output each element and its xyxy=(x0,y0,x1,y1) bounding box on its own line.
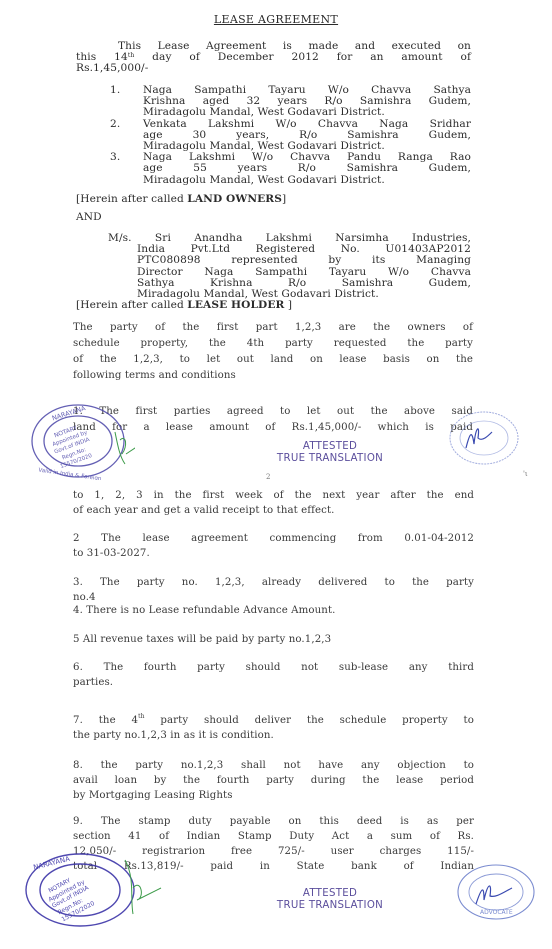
page-number: 2 xyxy=(266,473,270,481)
clause-9-line: 9. The stamp duty payable on this deed i… xyxy=(73,814,474,830)
clause-4-line: 4. There is no Lease refundable Advance … xyxy=(73,603,474,619)
clause-5-line: 5 All revenue taxes will be paid by part… xyxy=(73,632,474,648)
clause-6-line: 6. The fourth party should not sub-lease… xyxy=(73,660,474,676)
owner-line: Miradagolu Mandal, West Godavari Distric… xyxy=(143,175,471,187)
clause-2-line: 2 The lease agreement commencing from 0.… xyxy=(73,531,474,547)
land-owners-label: [Herein after called LAND OWNERS] xyxy=(76,194,286,206)
clause-1-continued-line: of each year and get a valid receipt to … xyxy=(73,503,474,519)
clause-1-continued-line: to 1, 2, 3 in the first week of the next… xyxy=(73,488,474,504)
attested-text: ATTESTED xyxy=(240,888,420,900)
preamble-line: schedule property, the 4th party request… xyxy=(73,336,473,352)
clause-7-line: 7. the 4th party should deliver the sche… xyxy=(73,713,474,729)
clause-7-line: the party no.1,2,3 in as it is condition… xyxy=(73,728,274,744)
true-translation-text: TRUE TRANSLATION xyxy=(240,453,420,465)
scan-mark: 'ι xyxy=(523,470,528,478)
document-title: LEASE AGREEMENT xyxy=(0,14,552,26)
clause-8-line: by Mortgaging Leasing Rights xyxy=(73,788,474,804)
clause-2-line: to 31-03-2027. xyxy=(73,546,474,562)
clause-9-line: section 41 of Indian Stamp Duty Act a su… xyxy=(73,829,474,845)
and-label: AND xyxy=(76,212,102,224)
svg-text:NARAYANA: NARAYANA xyxy=(51,404,87,423)
lease-holder-label: [Herein after called LEASE HOLDER ] xyxy=(76,300,292,312)
attested-text: ATTESTED xyxy=(240,441,420,453)
document-page: LEASE AGREEMENT This Lease Agreement is … xyxy=(0,0,552,949)
svg-text:NARAYANA: NARAYANA xyxy=(32,855,70,872)
notary-seal-icon: NARAYANA NOTARY Appointed by Govt.of IND… xyxy=(30,402,135,480)
intro-line-3: Rs.1,45,000/- xyxy=(76,63,148,75)
advocate-seal-icon: ADVOCATE xyxy=(456,862,536,922)
true-translation-text: TRUE TRANSLATION xyxy=(240,900,420,912)
preamble-line: The party of the first part 1,2,3 are th… xyxy=(73,320,473,336)
svg-text:Valid in India & Foreign: Valid in India & Foreign xyxy=(38,468,102,480)
svg-text:ADVOCATE: ADVOCATE xyxy=(480,909,513,916)
preamble-line: following terms and conditions xyxy=(73,368,473,384)
preamble-line: of the 1,2,3, to let out land on lease b… xyxy=(73,352,473,368)
attestation-stamp-1: ATTESTED TRUE TRANSLATION xyxy=(240,441,420,465)
owner-number: 3. xyxy=(110,152,120,164)
clause-8-line: 8. the party no.1,2,3 shall not have any… xyxy=(73,758,474,774)
clause-6-line: parties. xyxy=(73,675,474,691)
advocate-seal-icon xyxy=(448,408,520,468)
attestation-stamp-2: ATTESTED TRUE TRANSLATION xyxy=(240,888,420,912)
clause-8-line: avail loan by the fourth party during th… xyxy=(73,773,474,789)
clause-3-line: 3. The party no. 1,2,3, already delivere… xyxy=(73,575,474,591)
owner-number: 2. xyxy=(110,119,120,131)
owner-number: 1. xyxy=(110,85,120,97)
notary-seal-icon: NARAYANA NOTARY Appointed by Govt.of IND… xyxy=(25,848,165,928)
